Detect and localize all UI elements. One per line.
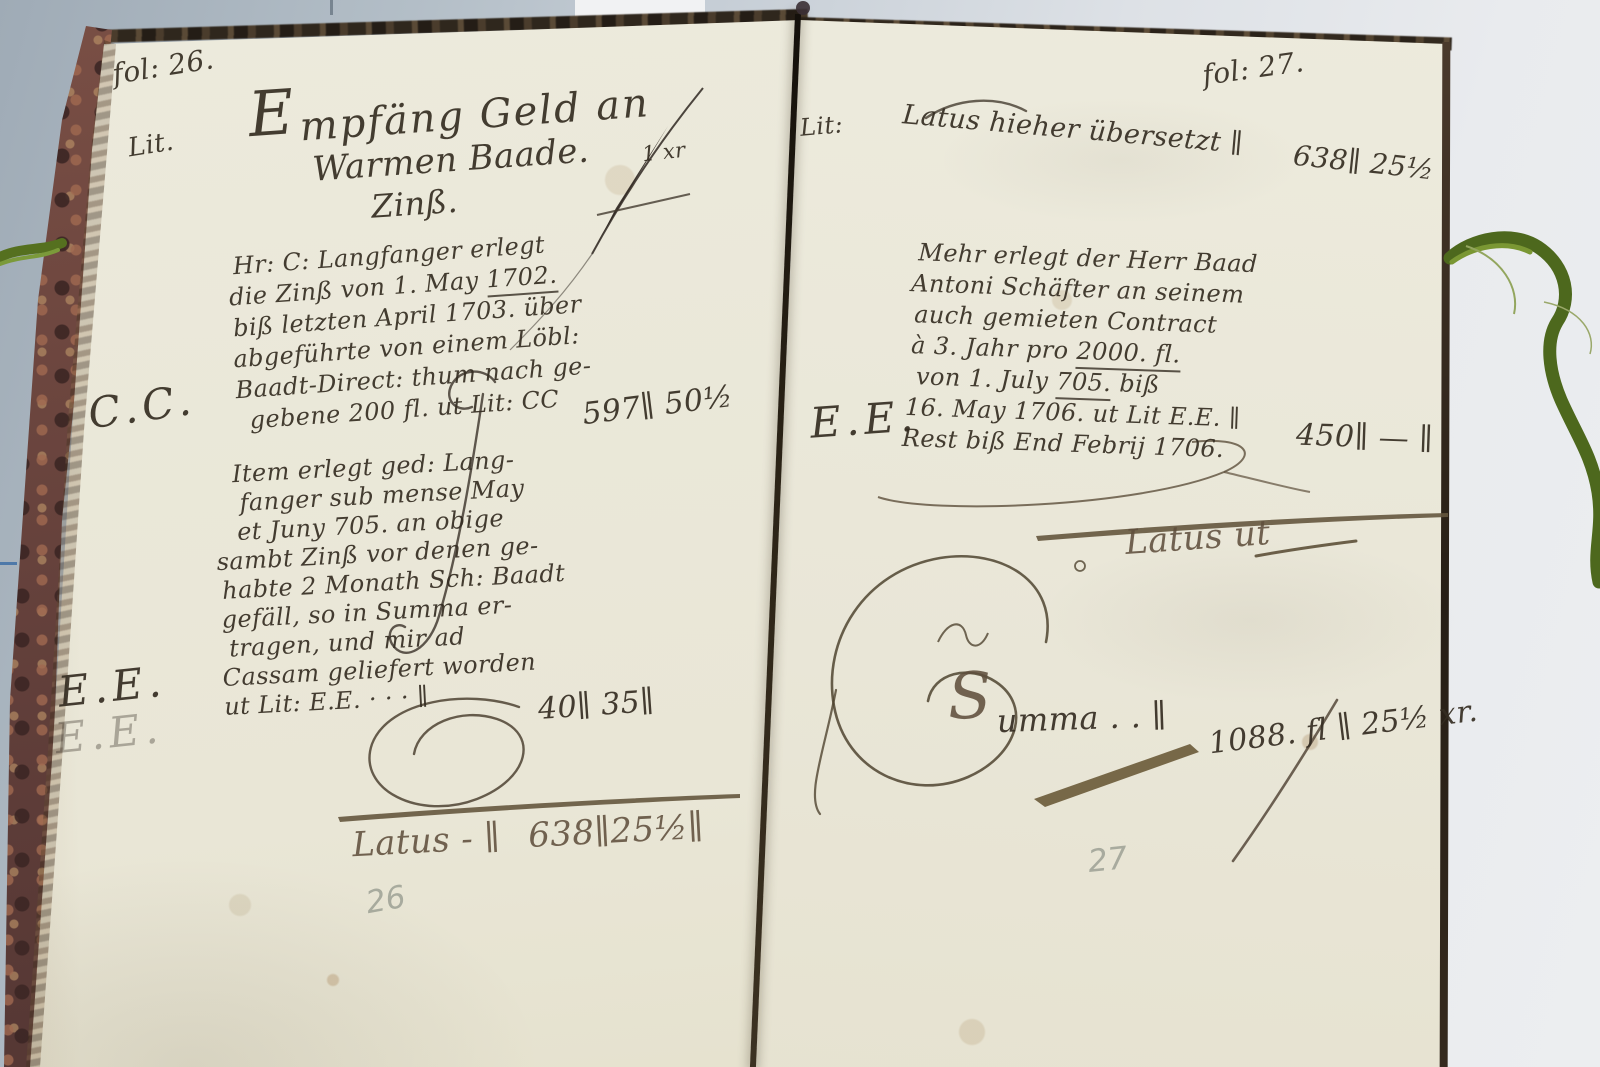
green-ribbon-right [1450, 238, 1600, 582]
background-blue-line [0, 562, 17, 565]
underlined-date: 705. [1056, 367, 1112, 401]
entry3-text-block: Mehr erlegt der Herr Baad Antoni Schäfte… [901, 238, 1258, 467]
line-post: biß [1111, 369, 1160, 399]
green-ribbon-fiber-2 [1544, 302, 1591, 354]
summa-total-line: S umma . . ∥ [947, 662, 1168, 742]
green-ribbon-fiber-1 [1466, 246, 1515, 314]
margin-letters-ee-right: E.E. [808, 391, 919, 447]
right-page-edge [1440, 42, 1451, 1067]
summa-initial: S [947, 674, 993, 720]
background-table-edge-line [330, 0, 333, 15]
pencil-folio-note-left: 26 [363, 879, 408, 921]
entry3-amount: 450∥ — ∥ [1295, 418, 1433, 458]
entry2-text-block: Item erlegt ged: Lang- fanger sub mense … [211, 443, 572, 722]
underlined-sum: 2000. fl. [1076, 337, 1181, 373]
entry1-text-block: Hr: C: Langfanger erlegt die Zinß von 1.… [226, 228, 595, 438]
manuscript-photo: fol: 26. Lit. E mpfäng Geld an Warmen Ba… [0, 0, 1600, 1067]
line-pre: von 1. July [916, 362, 1057, 395]
margin-lit-right: Lit: [799, 110, 844, 142]
line-pre: à 3. Jahr pro [911, 331, 1077, 365]
latus-label-left: Latus - ∥ [351, 817, 501, 865]
heading-initial: E [247, 89, 297, 139]
pencil-folio-note-right: 27 [1086, 840, 1129, 880]
green-ribbon-right-highlight [1452, 246, 1530, 262]
currency-column-marks: 1 xr [641, 138, 687, 166]
summa-label-rest: umma . . ∥ [996, 696, 1167, 740]
